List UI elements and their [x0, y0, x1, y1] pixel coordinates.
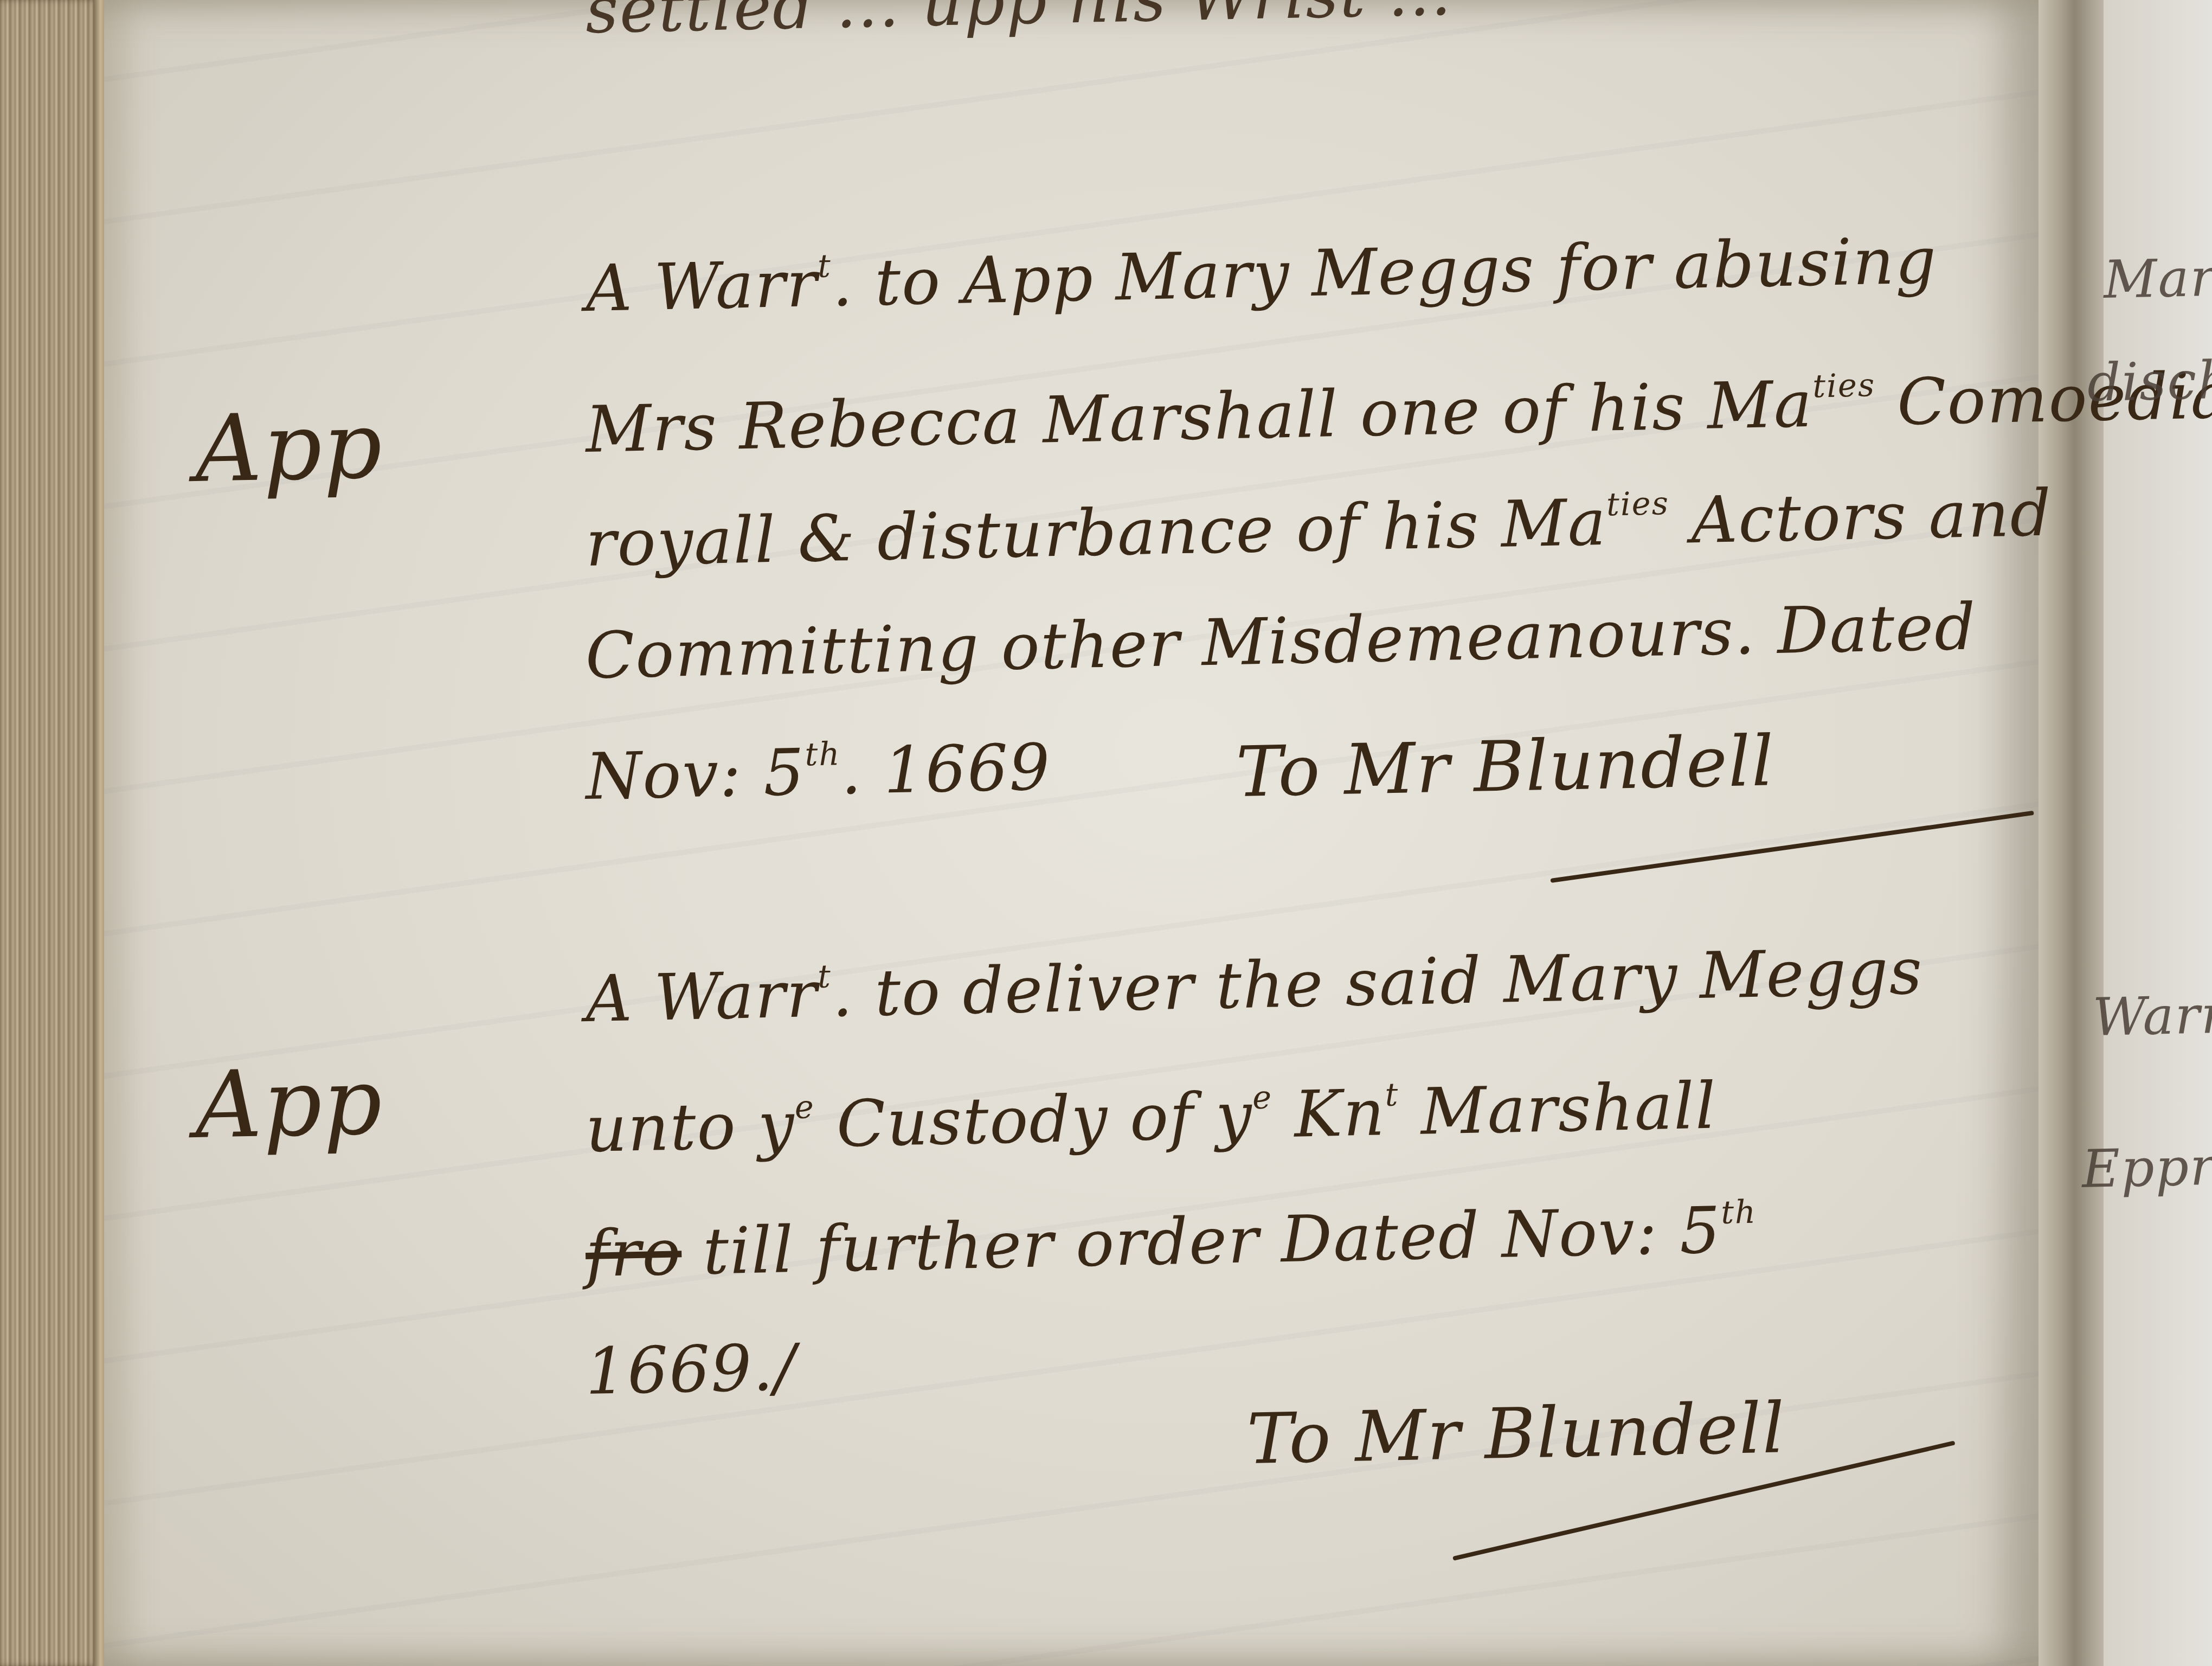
superscript: ties [1812, 366, 1876, 405]
facing-fragment: Eppr [2081, 1136, 2212, 1200]
margin-note-text: App [194, 1048, 384, 1159]
superscript: t [817, 247, 832, 285]
entry1-margin-note: App [194, 392, 384, 503]
text: Warr [2092, 984, 2212, 1048]
superscript: th [1720, 1193, 1757, 1231]
text: . 1669 [840, 729, 1051, 809]
facing-fragment: disch [2087, 349, 2212, 413]
text: Marshall [1399, 1068, 1718, 1149]
text: Eppr [2081, 1136, 2212, 1200]
entry2-margin-note: App [194, 1048, 384, 1159]
addressee-text: To Mr Blundell [1246, 1388, 1786, 1480]
text: Kn [1272, 1075, 1386, 1152]
superscript: th [805, 735, 841, 773]
facing-fragment: Warr [2092, 984, 2212, 1048]
margin-note-text: App [194, 392, 384, 503]
facing-fragment: Mary [2103, 246, 2212, 310]
text: A Warr [585, 957, 819, 1036]
page-edge [93, 0, 105, 1666]
superscript: t [1385, 1076, 1399, 1114]
book-page-stack [0, 0, 103, 1666]
superscript: t [817, 957, 832, 995]
text: 1669./ [585, 1330, 798, 1409]
text: royall & [585, 500, 878, 581]
text: disch [2087, 349, 2212, 413]
text: Custody of y [814, 1078, 1253, 1162]
text: Nov: 5 [585, 735, 806, 814]
entry2-addressee: To Mr Blundell [1246, 1388, 1786, 1480]
addressee-text: To Mr Blundell [1235, 721, 1775, 813]
struck-text: fro [585, 1214, 683, 1291]
text: A Warr [585, 246, 819, 326]
entry1-addressee: To Mr Blundell [1235, 721, 1775, 813]
text: unto y [585, 1087, 796, 1167]
entry2-line4: 1669./ [585, 1335, 798, 1404]
text: disturbance of his Ma [876, 485, 1607, 575]
superscript: e [794, 1088, 815, 1126]
book-gutter [2039, 0, 2104, 1666]
entry1-line5: Nov: 5th. 1669 [585, 733, 1052, 809]
superscript: e [1252, 1078, 1272, 1116]
text: Actors and [1669, 475, 2053, 558]
text: Mary [2103, 246, 2212, 310]
superscript: ties [1606, 484, 1669, 523]
